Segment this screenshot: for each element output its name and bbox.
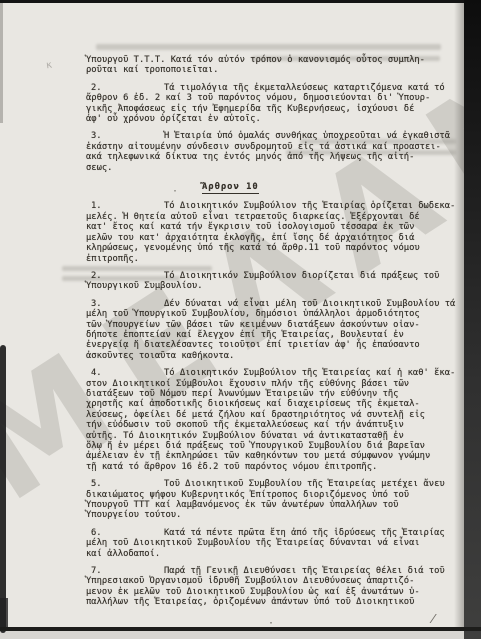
bleedthrough-line [96,44,441,50]
paragraph: 3.Δέν δύναται νά εἶναι μέλη τοῦ Διοικητι… [86,299,470,361]
paragraph-text: Δέν δύναται νά εἶναι μέλη τοῦ Διοικητικο… [86,299,455,361]
paragraph: 5.Τοῦ Διοικητικοῦ Συμβουλίου τῆς Ἑταιρεί… [86,479,470,521]
paragraph-text: Τό Διοικητικόν Συμβούλιον τῆς Ἑταιρείας … [86,368,455,472]
paragraph: 2.Τά τιμολόγια τῆς ἐκμεταλλεύσεως καταρτ… [86,83,470,125]
scan-edge-bottom-margin [0,631,481,639]
margin-pencil-mark: κ [45,60,53,72]
paragraph-text: Ὑπουργοῦ Τ.Τ.Τ. Κατά τόν αὐτόν τρόπον ὁ … [86,55,425,75]
bottom-slash-mark: / [429,612,438,625]
scan-edge-left [0,345,6,633]
paragraph: 3.Ἡ Ἑταιρία ὑπό ὁμαλάς συνθήκας ὑποχρεοῦ… [86,131,470,173]
scan-edge-bottom [0,627,481,631]
paragraph: 2.Τό Διοικητικόν Συμβούλιον διορίζεται δ… [86,271,470,292]
paragraph: 7.Παρά τῇ Γενικῇ Διευθύνσει τῆς Ἑταιρεία… [86,566,470,608]
paragraph: 4.Τό Διοικητικόν Συμβούλιον τῆς Ἑταιρεία… [86,368,470,472]
paragraph: 6.Κατά τά πέντε πρῶτα ἔτη ἀπό τῆς ἱδρύσε… [86,528,470,559]
scan-edge-left-top [0,3,3,123]
paragraph-number: 3. [86,131,164,141]
paragraph-number: 7. [86,566,164,576]
scan-edge-right [464,0,481,639]
paragraph: 1.Τό Διοικητικόν Συμβούλιον τῆς Ἑταιρίας… [86,201,470,263]
document-body: Ὑπουργοῦ Τ.Τ.Τ. Κατά τόν αὐτόν τρόπον ὁ … [86,55,470,615]
article-heading-row: Ἄρθρον 10 [86,182,470,194]
paragraph-number: 4. [86,368,164,378]
paragraph-number: 6. [86,528,164,538]
scanned-document-page: ΜΕΛΑΝ Ὑπουργοῦ Τ.Τ.Τ. Κατά τόν αὐτόν τρό… [0,0,481,639]
scan-edge-top [0,0,481,3]
heading-tick-mark: · [172,186,178,197]
paragraph: Ὑπουργοῦ Τ.Τ.Τ. Κατά τόν αὐτόν τρόπον ὁ … [86,55,470,76]
paragraph-number: 5. [86,479,164,489]
paragraph-number: 3. [86,299,164,309]
paragraph-number: 1. [86,201,164,211]
article-heading: Ἄρθρον 10 [202,182,259,194]
paragraph-number: 2. [86,271,164,281]
scan-edge-right-shadow [454,0,464,639]
paragraph-number: 2. [86,83,164,93]
